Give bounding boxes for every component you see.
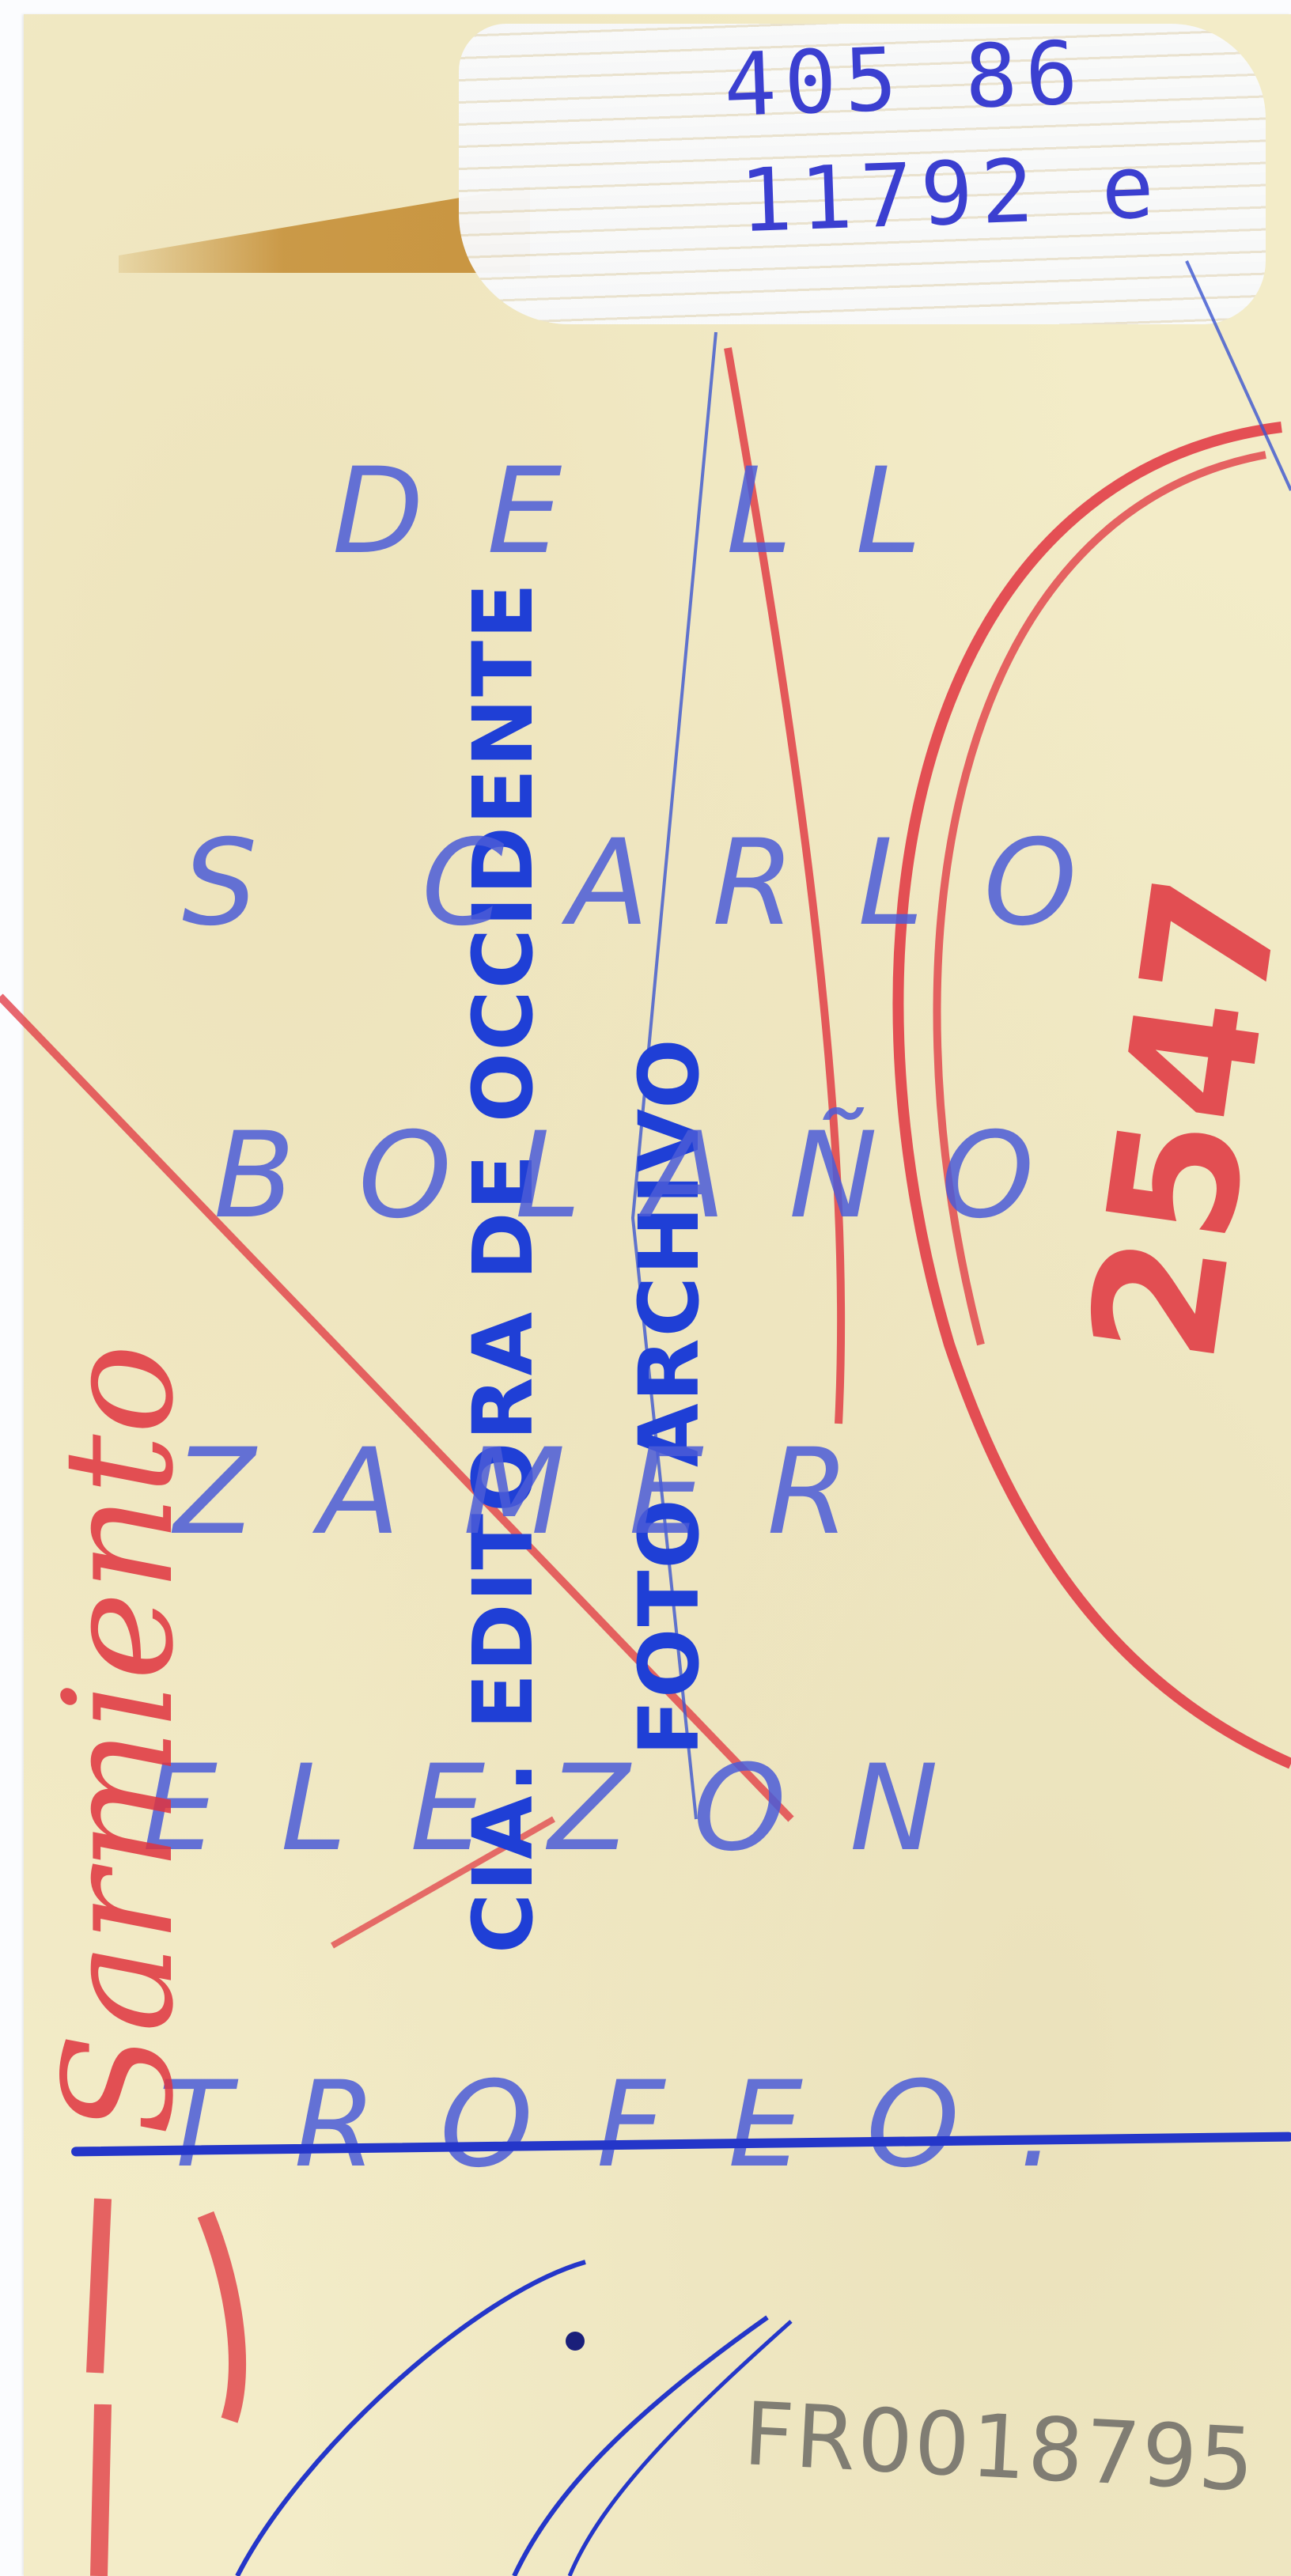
handwritten-line-1: DE LL — [332, 443, 985, 581]
handwritten-line-6: TROFEO. — [158, 2056, 1119, 2194]
handwritten-line-2: S CARLO — [182, 815, 1141, 952]
handwritten-line-3: BOLAÑO — [214, 1107, 1097, 1245]
handwritten-line-5: ELEZON — [142, 1740, 1001, 1878]
red-crayon-word: Sarmiento — [32, 1344, 206, 2135]
handwritten-line-4: ZAMER — [174, 1424, 913, 1561]
